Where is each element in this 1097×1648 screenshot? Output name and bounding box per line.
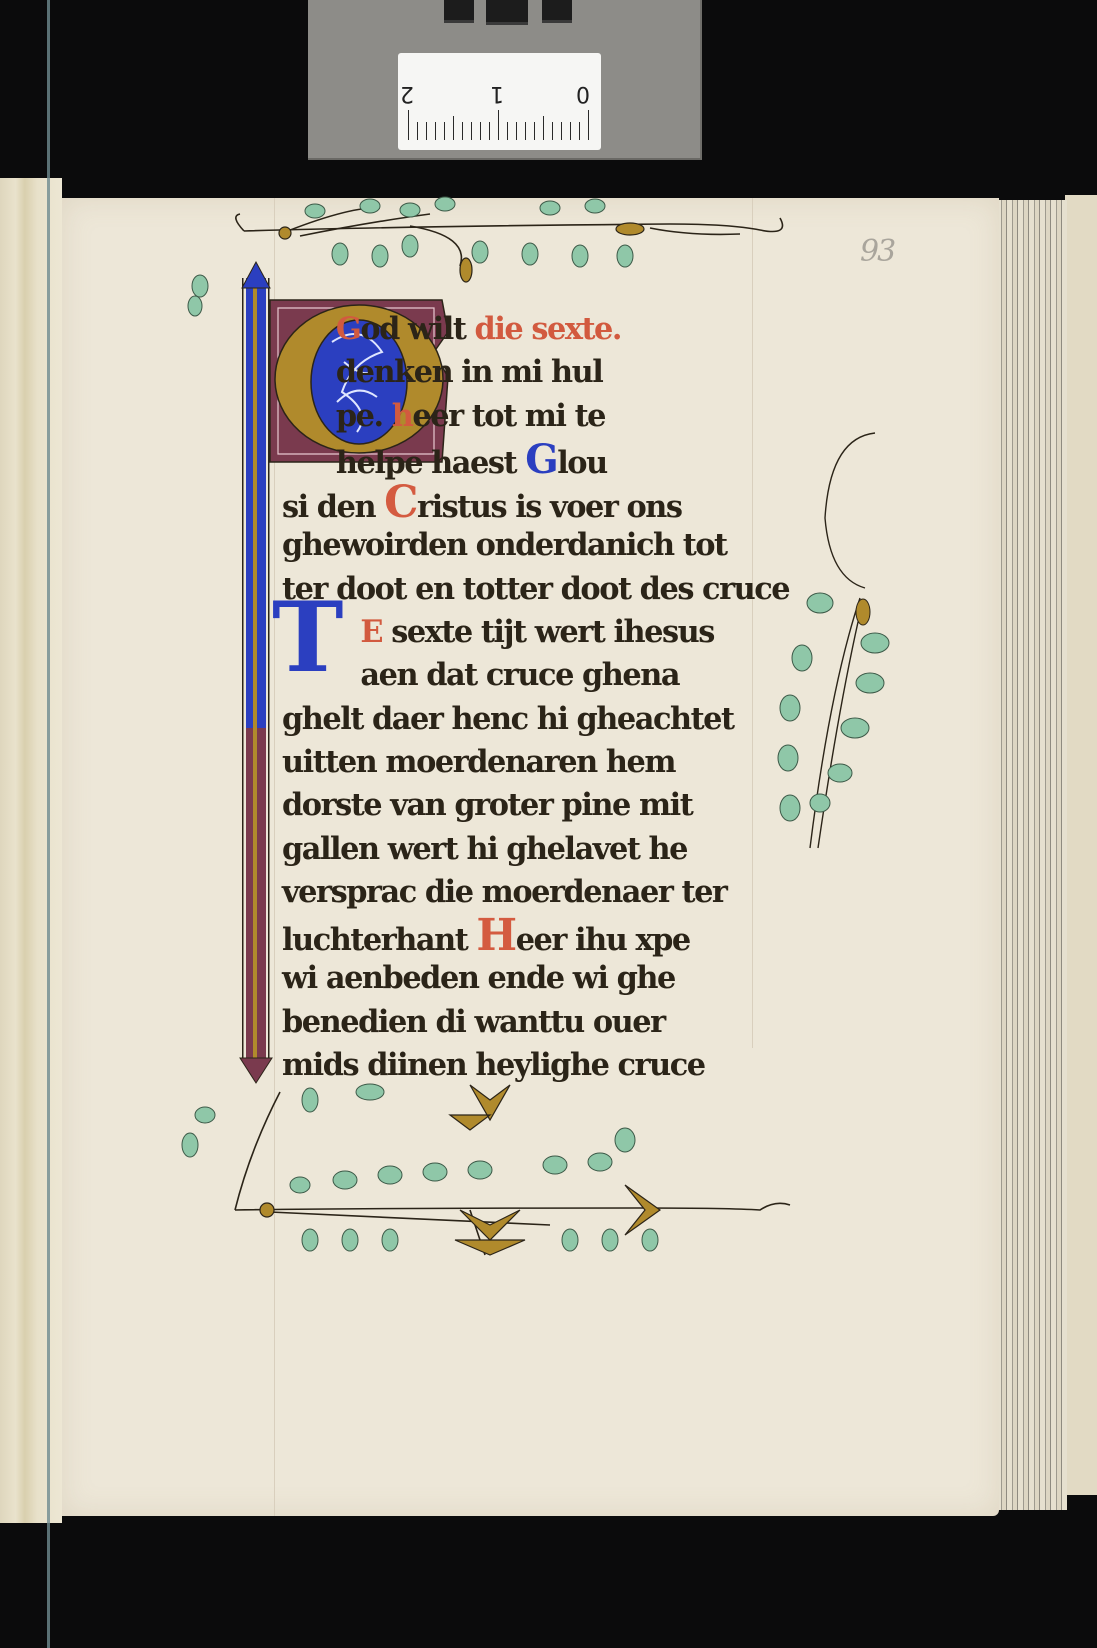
scale-label: 1 bbox=[490, 81, 504, 106]
measuring-scale: 2 1 0 bbox=[398, 53, 601, 150]
text-line: uitten moerdenaren hem bbox=[282, 741, 772, 784]
text-line: ghewoirden onderdanich tot bbox=[282, 524, 772, 567]
text-line: pe. heer tot mi te bbox=[282, 395, 772, 438]
bottom-border-flourish bbox=[170, 1100, 800, 1270]
text-line: versprac die moerdenaer ter bbox=[282, 871, 772, 914]
folio-number: 93 bbox=[860, 234, 894, 269]
text-line: gallen wert hi ghelavet he bbox=[282, 828, 772, 871]
text-line: helpe haest Glou bbox=[282, 438, 772, 481]
text-line: mids diinen heylighe cruce bbox=[282, 1044, 772, 1087]
binding-cover bbox=[1065, 195, 1097, 1495]
text-line: luchterhant Heer ihu xpe bbox=[282, 914, 772, 957]
text-line: ghelt daer henc hi gheachtet bbox=[282, 698, 772, 741]
blue-initial-t: T bbox=[272, 590, 343, 686]
text-line: E sexte tijt wert ihesus bbox=[282, 611, 772, 654]
text-line: aen dat cruce ghena bbox=[282, 654, 772, 697]
text-line: si den Cristus is voer ons bbox=[282, 481, 772, 524]
text-line: ter doot en totter doot des cruce bbox=[282, 568, 772, 611]
text-line: benedien di wanttu ouer bbox=[282, 1001, 772, 1044]
text-line: wi aenbeden ende wi ghe bbox=[282, 957, 772, 1000]
text-block: God wilt die sexte.denken in mi hulpe. h… bbox=[282, 308, 782, 1087]
binder-clip bbox=[444, 0, 572, 22]
left-page-edge bbox=[0, 178, 62, 1523]
scale-label: 0 bbox=[576, 81, 590, 106]
text-line: denken in mi hul bbox=[282, 351, 772, 394]
glass-plate-edge bbox=[47, 0, 50, 1648]
text-line: God wilt die sexte. bbox=[282, 308, 772, 351]
scale-label: 2 bbox=[400, 81, 414, 106]
text-line: dorste van groter pine mit bbox=[282, 784, 772, 827]
